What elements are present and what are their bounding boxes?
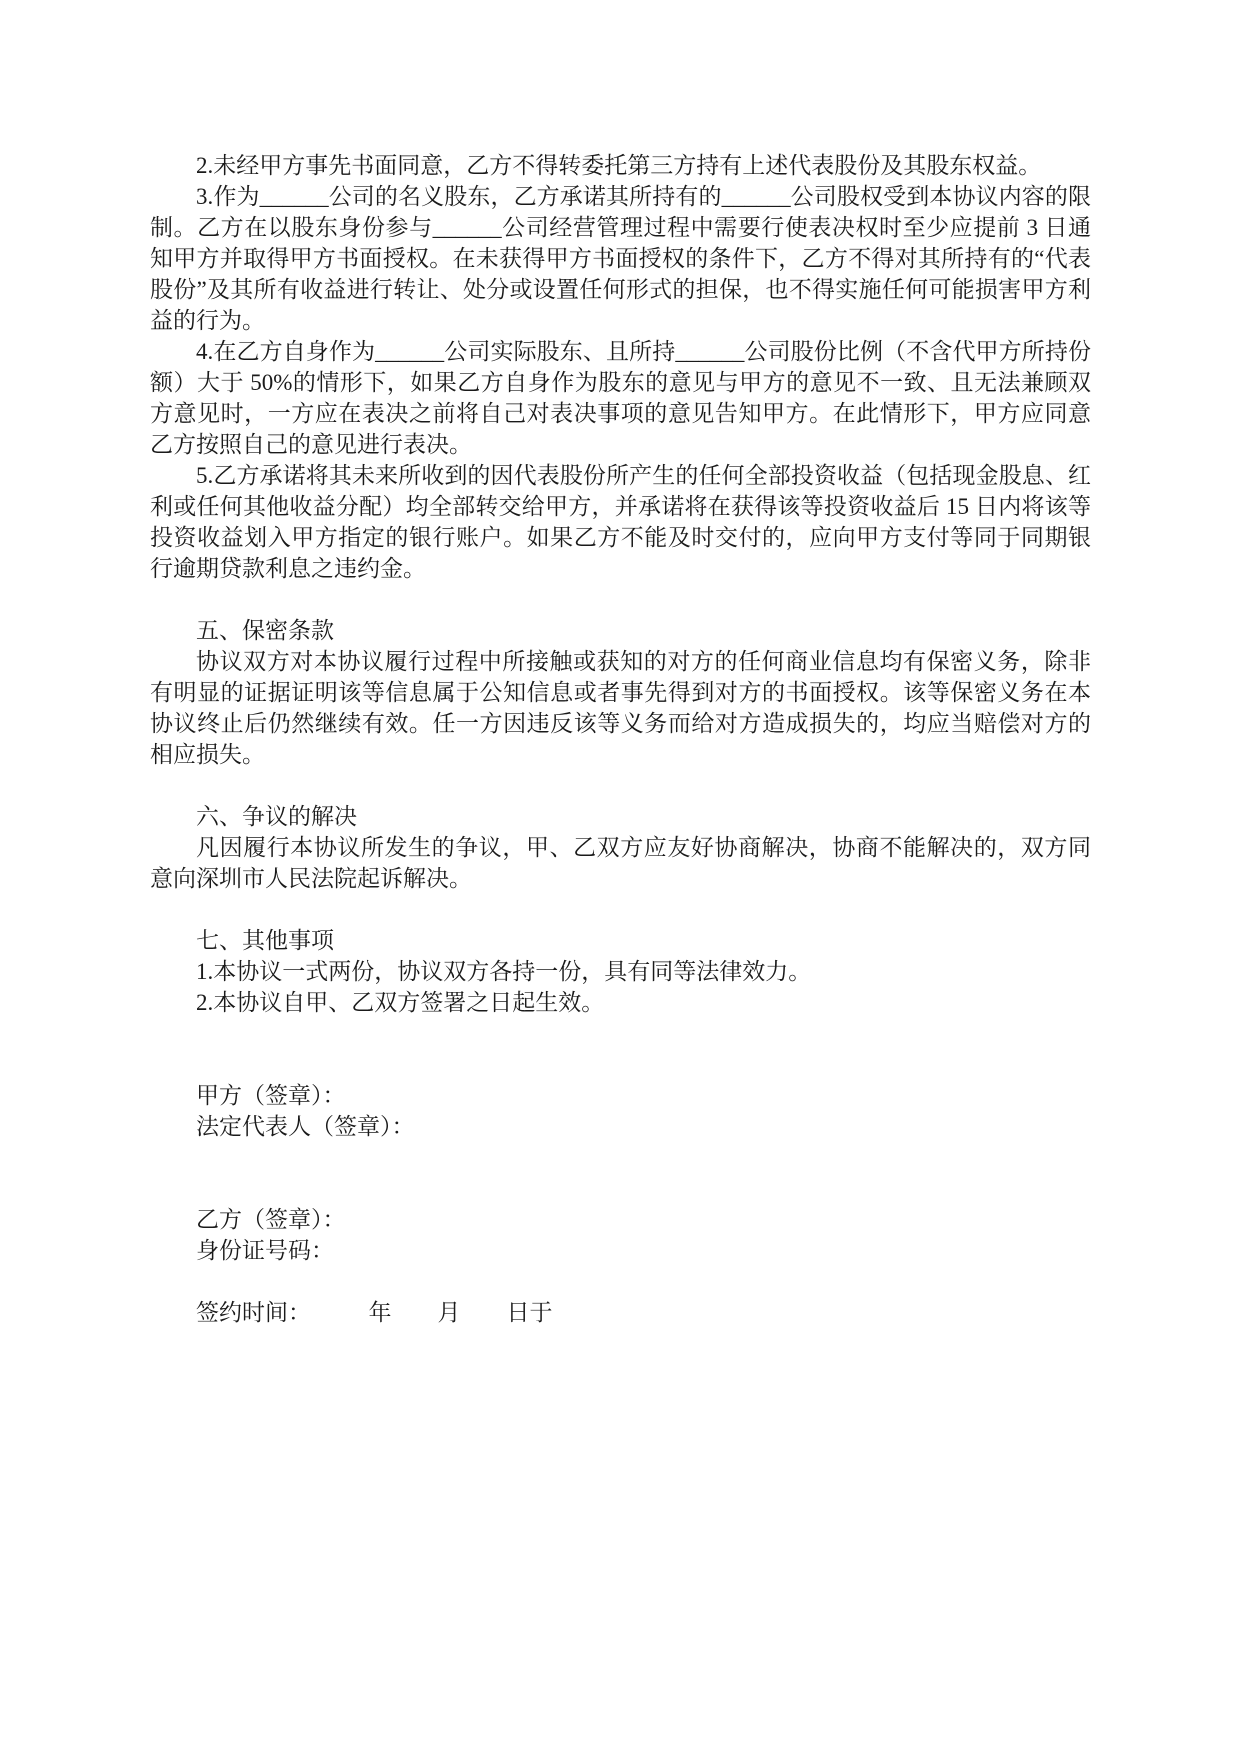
contract-document-page: { "page": { "width_px": 1240, "height_px… <box>0 0 1240 1754</box>
blank-line <box>150 584 1091 615</box>
signature-line: 甲方（签章）： <box>150 1080 1091 1111</box>
signature-line: 签约时间： 年 月 日于 <box>150 1297 1091 1328</box>
section-heading: 六、争议的解决 <box>150 801 1091 832</box>
blank-line <box>150 1266 1091 1297</box>
paragraph: 2.未经甲方事先书面同意，乙方不得转委托第三方持有上述代表股份及其股东权益。 <box>150 150 1091 181</box>
paragraph: 协议双方对本协议履行过程中所接触或获知的对方的任何商业信息均有保密义务，除非有明… <box>150 646 1091 770</box>
blank-line <box>150 1142 1091 1204</box>
paragraph: 凡因履行本协议所发生的争议，甲、乙双方应友好协商解决，协商不能解决的，双方同意向… <box>150 832 1091 894</box>
signature-line: 身份证号码： <box>150 1235 1091 1266</box>
blank-line <box>150 770 1091 801</box>
paragraph: 3.作为______公司的名义股东，乙方承诺其所持有的______公司股权受到本… <box>150 181 1091 336</box>
blank-line <box>150 894 1091 925</box>
paragraph: 4.在乙方自身作为______公司实际股东、且所持______公司股份比例（不含… <box>150 336 1091 460</box>
signature-line: 乙方（签章）： <box>150 1204 1091 1235</box>
section-heading: 五、保密条款 <box>150 615 1091 646</box>
list-item: 1.本协议一式两份，协议双方各持一份，具有同等法律效力。 <box>150 956 1091 987</box>
paragraph: 5.乙方承诺将其未来所收到的因代表股份所产生的任何全部投资收益（包括现金股息、红… <box>150 460 1091 584</box>
document-body: 2.未经甲方事先书面同意，乙方不得转委托第三方持有上述代表股份及其股东权益。3.… <box>150 150 1091 1328</box>
section-heading: 七、其他事项 <box>150 925 1091 956</box>
signature-line: 法定代表人（签章）： <box>150 1111 1091 1142</box>
list-item: 2.本协议自甲、乙双方签署之日起生效。 <box>150 987 1091 1018</box>
blank-line <box>150 1018 1091 1080</box>
